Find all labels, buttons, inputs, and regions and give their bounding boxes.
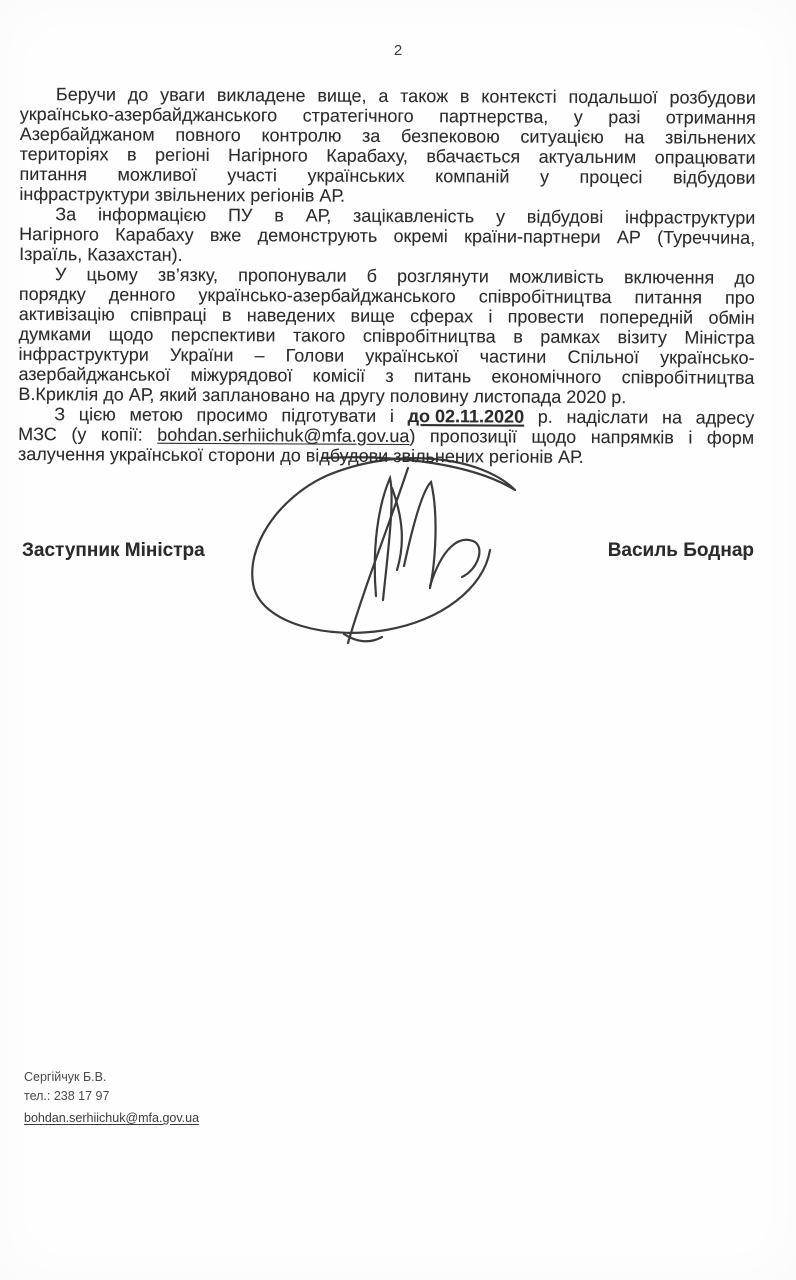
paragraph: Уцьомузв’язку,пропонувалиброзглянутиможл… xyxy=(18,264,755,408)
document-page: 2 Беручидоувагивикладеневище,атакожвконт… xyxy=(0,0,796,1280)
signer-title: Заступник Міністра xyxy=(22,540,205,562)
signer-name: Василь Боднар xyxy=(608,540,754,562)
signature-block: Заступник Міністра Василь Боднар xyxy=(22,540,754,562)
paragraph: Беручидоувагивикладеневище,атакожвконтек… xyxy=(19,84,756,208)
page-number: 2 xyxy=(0,42,796,59)
footer-contact-block: Сергійчук Б.В. тел.: 238 17 97 bohdan.se… xyxy=(24,1068,199,1128)
paragraph: ЗаінформацієюПУвАР,зацікавленістьувідбуд… xyxy=(19,204,755,268)
executor-email: bohdan.serhiichuk@mfa.gov.ua xyxy=(24,1109,199,1128)
document-body: Беручидоувагивикладеневище,атакожвконтек… xyxy=(18,84,756,468)
executor-name: Сергійчук Б.В. xyxy=(24,1068,199,1087)
executor-phone: тел.: 238 17 97 xyxy=(24,1087,199,1106)
